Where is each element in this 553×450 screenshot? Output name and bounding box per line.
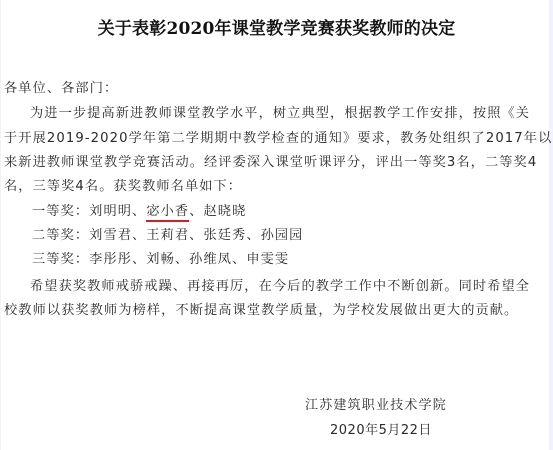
separator: 、 bbox=[189, 204, 203, 219]
page-left-edge bbox=[0, 0, 1, 450]
signature-organization: 江苏建筑职业技术学院 bbox=[305, 394, 447, 413]
second-prize-row: 二等奖：刘雪君、王莉君、张廷秀、孙园园 bbox=[32, 224, 303, 243]
second-prize-label: 二等奖： bbox=[32, 228, 89, 243]
signature-date: 2020年5月22日 bbox=[330, 419, 432, 438]
paragraph-line-1: 为进一步提高新进教师课堂教学水平，树立典型，根据教学工作安排，按照《关 bbox=[30, 102, 530, 121]
first-prize-name-2-highlighted: 宓小香 bbox=[146, 204, 189, 222]
separator: 、 bbox=[132, 204, 146, 219]
closing-line-2: 校教师以获奖教师为榜样，不断提高课堂教学质量，为学校发展做出更大的贡献。 bbox=[4, 299, 518, 318]
scrollbar-track[interactable] bbox=[549, 0, 553, 450]
third-prize-names: 李彤彤、刘畅、孙维凤、申雯雯 bbox=[89, 252, 289, 267]
first-prize-label: 一等奖： bbox=[32, 204, 89, 219]
second-prize-names: 刘雪君、王莉君、张廷秀、孙园园 bbox=[89, 228, 303, 243]
first-prize-name-1: 刘明明 bbox=[89, 204, 132, 219]
closing-line-1: 希望获奖教师戒骄戒躁、再接再厉，在今后的教学工作中不断创新。同时希望全 bbox=[30, 275, 530, 294]
paragraph-line-4: 名，三等奖4名。获奖教师名单如下： bbox=[4, 175, 242, 194]
third-prize-label: 三等奖： bbox=[32, 252, 89, 267]
first-prize-name-3: 赵晓晓 bbox=[204, 204, 247, 219]
first-prize-row: 一等奖：刘明明、宓小香、赵晓晓 bbox=[32, 200, 246, 219]
salutation: 各单位、各部门： bbox=[4, 77, 118, 96]
document-title: 关于表彰2020年课堂教学竞赛获奖教师的决定 bbox=[0, 14, 553, 39]
paragraph-line-3: 来新进教师课堂教学竞赛活动。经评委深入课堂听课评分，评出一等奖3名，二等奖4 bbox=[4, 151, 537, 170]
third-prize-row: 三等奖：李彤彤、刘畅、孙维凤、申雯雯 bbox=[32, 248, 289, 267]
paragraph-line-2: 于开展2019-2020学年第二学期期中教学检查的通知》要求，教务处组织了201… bbox=[4, 127, 552, 146]
